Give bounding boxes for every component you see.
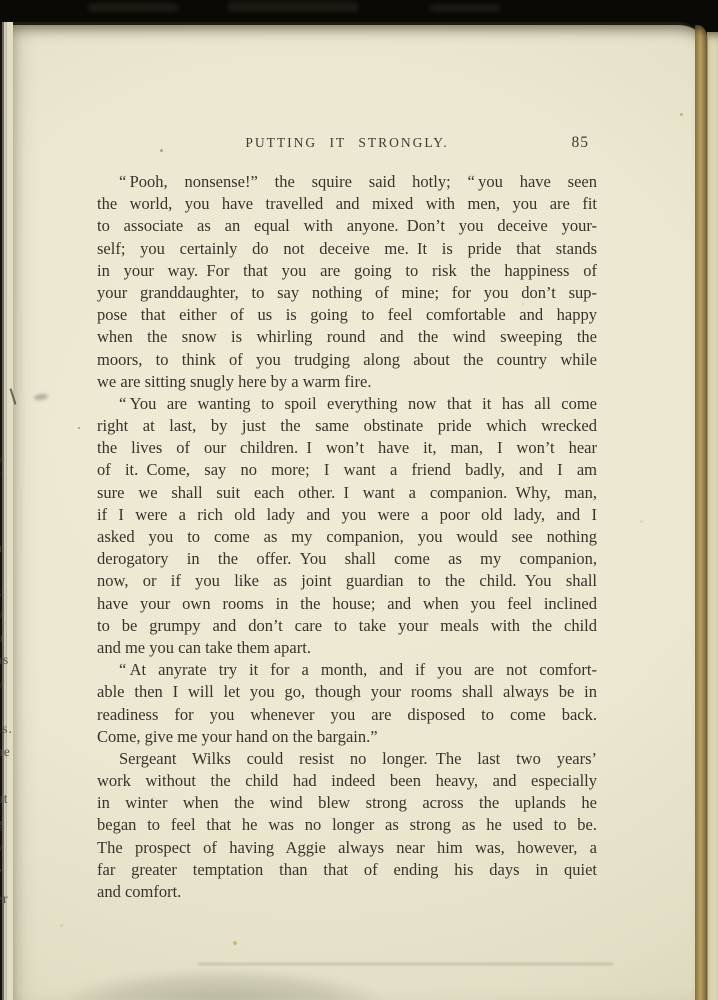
text-line: self; you certainly do not deceive me. I…	[97, 238, 597, 260]
text-block: “ Pooh, nonsense!” the squire said hotly…	[97, 171, 597, 903]
text-line: “ Pooh, nonsense!” the squire said hotly…	[97, 171, 597, 193]
text-line: to be grumpy and don’t care to take your…	[97, 615, 597, 637]
text-line: in winter when the wind blew strong acro…	[97, 792, 597, 814]
text-line: “ You are wanting to spoil everything no…	[97, 393, 597, 415]
page-stack-edge-right	[707, 32, 718, 1000]
text-line: readiness for you whenever you are dispo…	[97, 704, 597, 726]
text-line: pose that either of us is going to feel …	[97, 304, 597, 326]
edge-text-fragment: ss.	[0, 721, 13, 737]
text-line: far greater temptation than that of endi…	[97, 859, 597, 881]
text-line: in your way. For that you are going to r…	[97, 260, 597, 282]
paper-speck	[160, 149, 163, 152]
edge-text-fragment: y	[0, 840, 4, 856]
text-line: derogatory in the offer. You shall come …	[97, 548, 597, 570]
text-line: work without the child had indeed been h…	[97, 770, 597, 792]
paper-speck	[233, 941, 237, 945]
edge-text-fragment: g	[0, 816, 4, 832]
edge-text-fragment: y	[0, 607, 4, 623]
text-line: your granddaughter, to say nothing of mi…	[97, 282, 597, 304]
paper-speck	[680, 113, 683, 116]
text-line: if I were a rich old lady and you were a…	[97, 504, 597, 526]
edge-text-fragment: er	[0, 891, 9, 907]
text-line: “ At anyrate try it for a month, and if …	[97, 659, 597, 681]
edge-text-fragment: I	[0, 561, 2, 577]
text-line: and comfort.	[97, 881, 597, 903]
scan-dust-mark	[228, 2, 358, 12]
edge-text-fragments: ,yftaIsyoasyss.heutgy”er	[0, 0, 10, 1000]
paper-speck	[60, 924, 63, 927]
text-line: moors, to think of you trudging along ab…	[97, 349, 597, 371]
edge-text-fragment: y	[0, 452, 4, 468]
paper-speck	[352, 700, 354, 702]
text-line: now, or if you like as joint guardian to…	[97, 570, 597, 592]
text-line: when the snow is whirling round and the …	[97, 326, 597, 348]
text-line: the world, you have travelled and mixed …	[97, 193, 597, 215]
text-line: we are sitting snugly here by a warm fir…	[97, 371, 597, 393]
paper-speck	[78, 427, 80, 429]
edge-text-fragment: he	[0, 744, 11, 760]
text-line: able then I will let you go, though your…	[97, 681, 597, 703]
edge-text-fragment: ”	[0, 866, 3, 882]
text-line: and me you can take them apart.	[97, 637, 597, 659]
text-line: asked you to come as my companion, you w…	[97, 526, 597, 548]
text-line: of it. Come, say no more; I want a frien…	[97, 459, 597, 481]
text-line: right at last, by just the same obstinat…	[97, 415, 597, 437]
text-line: began to feel that he was no longer as s…	[97, 814, 597, 836]
page-curve-shadow	[70, 960, 410, 1000]
text-line: to associate as an equal with anyone. Do…	[97, 215, 597, 237]
text-line: Come, give me your hand on the bargain.”	[97, 726, 597, 748]
book-fore-edge	[695, 25, 707, 1000]
edge-text-fragment: as	[0, 652, 9, 668]
edge-text-fragment: o	[0, 630, 4, 646]
edge-text-fragment: f	[0, 470, 2, 486]
scan-dust-mark	[88, 3, 178, 12]
text-line: Sergeant Wilks could resist no longer. T…	[97, 748, 597, 770]
text-line: the lives of our children. I won’t have …	[97, 437, 597, 459]
edge-text-fragment: a	[0, 540, 3, 556]
edge-text-fragment: y	[0, 677, 4, 693]
text-line: The prospect of having Aggie always near…	[97, 837, 597, 859]
edge-text-fragment: s	[0, 585, 2, 601]
text-line: have your own rooms in the house; and wh…	[97, 593, 597, 615]
page-header: PUTTING IT STRONGLY. 85	[97, 135, 597, 157]
edge-text-fragment: t	[0, 517, 1, 533]
page-crease-line	[198, 963, 613, 965]
book-scan: PUTTING IT STRONGLY. 85 “ Pooh, nonsense…	[0, 0, 718, 1000]
page-number: 85	[572, 134, 590, 152]
paper-speck	[522, 303, 524, 305]
text-line: sure we shall suit each other. I want a …	[97, 482, 597, 504]
edge-text-fragment: ut	[0, 791, 9, 807]
scan-dust-mark	[430, 4, 500, 12]
paper-speck	[640, 520, 643, 523]
running-title: PUTTING IT STRONGLY.	[97, 135, 597, 151]
